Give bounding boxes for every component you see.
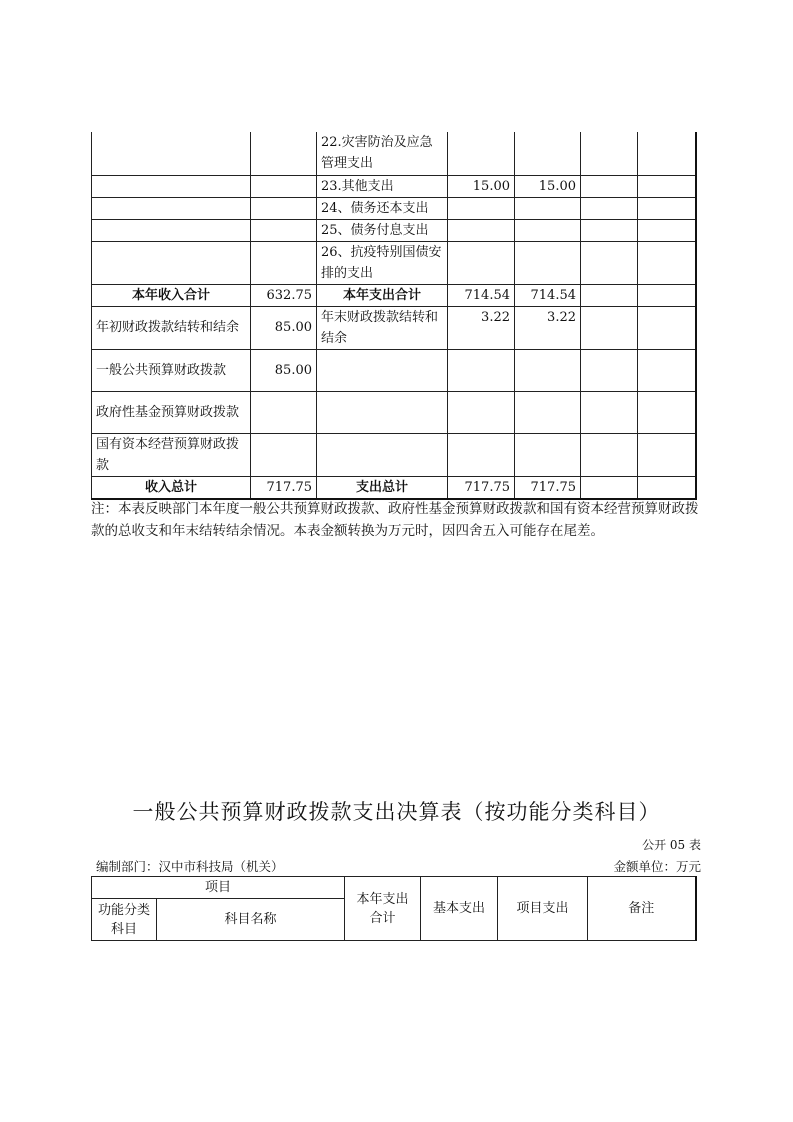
header-function-code: 功能分类科目 <box>92 899 157 941</box>
table-row: 25、债务付息支出 <box>92 219 696 241</box>
expense-gov-fund <box>581 175 638 197</box>
header-basic: 基本支出 <box>421 877 498 941</box>
expense-by-function-table: 项目 本年支出合计 基本支出 项目支出 备注 功能分类科目 科目名称 <box>91 876 697 941</box>
income-amount <box>251 433 317 476</box>
expense-state-capital <box>638 391 696 433</box>
header-year-total: 本年支出合计 <box>345 877 421 941</box>
expense-state-capital <box>638 476 696 499</box>
expense-general <box>515 391 581 433</box>
expense-item: 本年支出合计 <box>317 284 448 306</box>
table-row-subtotal: 本年收入合计 632.75 本年支出合计 714.54 714.54 <box>92 284 696 306</box>
expense-total: 714.54 <box>448 284 515 306</box>
income-expense-summary-table: 22.灾害防治及应急管理支出 23.其他支出 15.00 15.00 24、债务… <box>91 132 697 500</box>
expense-state-capital <box>638 433 696 476</box>
income-item: 收入总计 <box>92 476 251 499</box>
expense-item: 25、债务付息支出 <box>317 219 448 241</box>
income-item <box>92 132 251 175</box>
income-item <box>92 241 251 284</box>
income-item: 年初财政拨款结转和结余 <box>92 306 251 349</box>
expense-state-capital <box>638 197 696 219</box>
expense-total <box>448 391 515 433</box>
income-item: 本年收入合计 <box>92 284 251 306</box>
table-code: 公开 05 表 <box>642 836 701 853</box>
expense-general <box>515 241 581 284</box>
table-row: 24、债务还本支出 <box>92 197 696 219</box>
table-row: 22.灾害防治及应急管理支出 <box>92 132 696 175</box>
expense-state-capital <box>638 241 696 284</box>
expense-general: 3.22 <box>515 306 581 349</box>
expense-gov-fund <box>581 391 638 433</box>
table-row: 国有资本经营预算财政拨款 <box>92 433 696 476</box>
table-row: 一般公共预算财政拨款 85.00 <box>92 349 696 391</box>
expense-item: 年末财政拨款结转和结余 <box>317 306 448 349</box>
expense-general: 717.75 <box>515 476 581 499</box>
expense-item: 24、债务还本支出 <box>317 197 448 219</box>
expense-item <box>317 433 448 476</box>
expense-gov-fund <box>581 433 638 476</box>
income-amount <box>251 175 317 197</box>
income-amount: 632.75 <box>251 284 317 306</box>
header-subject-name: 科目名称 <box>157 899 345 941</box>
expense-total <box>448 349 515 391</box>
expense-total <box>448 241 515 284</box>
expense-state-capital <box>638 349 696 391</box>
expense-state-capital <box>638 306 696 349</box>
table-row: 年初财政拨款结转和结余 85.00 年末财政拨款结转和结余 3.22 3.22 <box>92 306 696 349</box>
expense-total <box>448 132 515 175</box>
income-item <box>92 197 251 219</box>
income-item <box>92 175 251 197</box>
expense-item: 26、抗疫特别国债安排的支出 <box>317 241 448 284</box>
expense-general <box>515 433 581 476</box>
header-project: 项目支出 <box>498 877 588 941</box>
header-item: 项目 <box>92 877 345 899</box>
income-item <box>92 219 251 241</box>
expense-gov-fund <box>581 476 638 499</box>
expense-general <box>515 219 581 241</box>
unit-label: 金额单位：万元 <box>613 857 701 875</box>
income-amount <box>251 132 317 175</box>
header-row: 项目 本年支出合计 基本支出 项目支出 备注 <box>92 877 696 899</box>
income-item: 国有资本经营预算财政拨款 <box>92 433 251 476</box>
expense-gov-fund <box>581 197 638 219</box>
expense-total: 15.00 <box>448 175 515 197</box>
income-amount <box>251 391 317 433</box>
header-remarks: 备注 <box>588 877 696 941</box>
expense-gov-fund <box>581 306 638 349</box>
table-row: 23.其他支出 15.00 15.00 <box>92 175 696 197</box>
expense-gov-fund <box>581 219 638 241</box>
expense-gov-fund <box>581 284 638 306</box>
expense-general: 15.00 <box>515 175 581 197</box>
income-item: 一般公共预算财政拨款 <box>92 349 251 391</box>
table-note: 注：本表反映部门本年度一般公共预算财政拨款、政府性基金预算财政拨款和国有资本经营… <box>91 498 701 542</box>
income-amount: 85.00 <box>251 306 317 349</box>
expense-item: 23.其他支出 <box>317 175 448 197</box>
table-row: 26、抗疫特别国债安排的支出 <box>92 241 696 284</box>
page-title: 一般公共预算财政拨款支出决算表（按功能分类科目） <box>0 796 793 826</box>
expense-general <box>515 349 581 391</box>
income-amount <box>251 197 317 219</box>
expense-gov-fund <box>581 132 638 175</box>
expense-state-capital <box>638 219 696 241</box>
expense-general: 714.54 <box>515 284 581 306</box>
expense-total <box>448 219 515 241</box>
expense-general <box>515 197 581 219</box>
expense-general <box>515 132 581 175</box>
expense-state-capital <box>638 175 696 197</box>
expense-item: 支出总计 <box>317 476 448 499</box>
expense-total: 3.22 <box>448 306 515 349</box>
income-amount: 717.75 <box>251 476 317 499</box>
income-item: 政府性基金预算财政拨款 <box>92 391 251 433</box>
income-amount: 85.00 <box>251 349 317 391</box>
income-amount <box>251 219 317 241</box>
expense-total <box>448 433 515 476</box>
table-row: 政府性基金预算财政拨款 <box>92 391 696 433</box>
expense-total: 717.75 <box>448 476 515 499</box>
income-amount <box>251 241 317 284</box>
expense-item <box>317 349 448 391</box>
expense-item: 22.灾害防治及应急管理支出 <box>317 132 448 175</box>
expense-state-capital <box>638 284 696 306</box>
expense-gov-fund <box>581 349 638 391</box>
expense-item <box>317 391 448 433</box>
expense-total <box>448 197 515 219</box>
expense-gov-fund <box>581 241 638 284</box>
table-row-grand-total: 收入总计 717.75 支出总计 717.75 717.75 <box>92 476 696 499</box>
department-label: 编制部门：汉中市科技局（机关） <box>96 857 284 875</box>
expense-state-capital <box>638 132 696 175</box>
